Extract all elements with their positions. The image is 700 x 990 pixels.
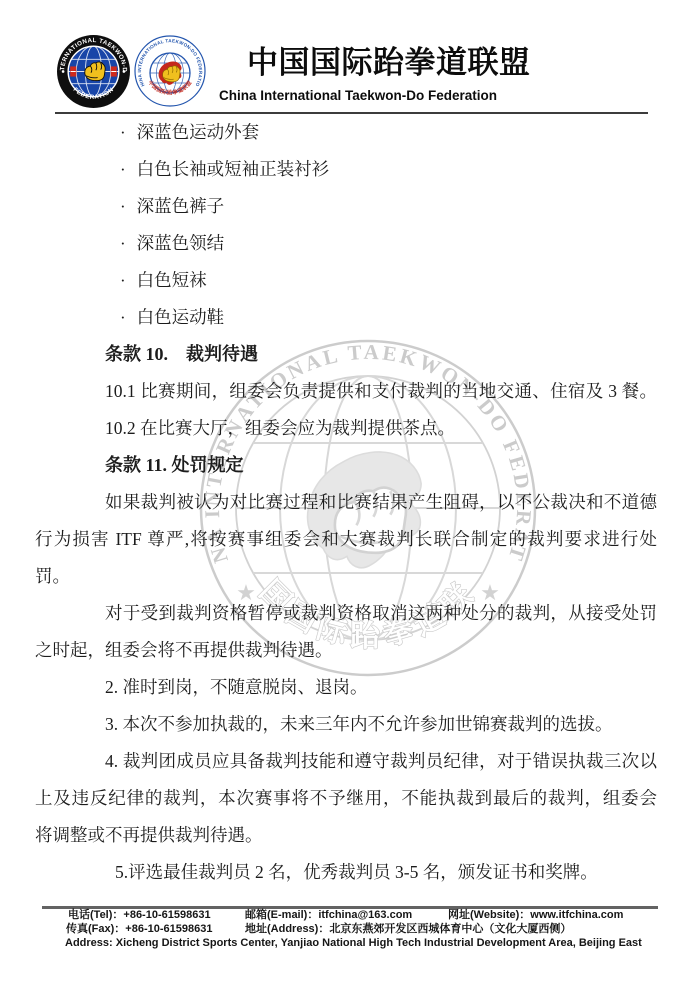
document-page: { "colors": { "logo_blue": "#1d4ea8", "l… <box>0 0 700 990</box>
list-item: ·深蓝色运动外套 <box>0 114 700 151</box>
footer-address-cn: 地址(Address)：北京东燕郊开发区西城体育中心（文化大厦西侧） <box>245 923 571 936</box>
footer-divider <box>42 906 658 909</box>
paragraph-line: 如果裁判被认为对比赛过程和比赛结果产生阻碍，以不公裁决和不道德 <box>0 484 700 521</box>
bullet-icon: · <box>120 225 126 262</box>
paragraph-line: 之时起，组委会将不再提供裁判待遇。 <box>0 632 700 669</box>
list-item: ·深蓝色裤子 <box>0 188 700 225</box>
clause-10-2: 10.2 在比赛大厅，组委会应为裁判提供茶点。 <box>0 410 700 447</box>
list-item-text: 深蓝色运动外套 <box>137 122 260 142</box>
document-body: ·深蓝色运动外套 ·白色长袖或短袖正装衬衫 ·深蓝色裤子 ·深蓝色领结 ·白色短… <box>0 114 700 891</box>
list-item: ·白色长袖或短袖正装衬衫 <box>0 151 700 188</box>
china-itf-logo-icon: CHINA INTERNATIONAL TAEKWON-DO FEDERATIO… <box>134 35 206 107</box>
list-item-text: 白色短袜 <box>137 270 207 290</box>
paragraph-line: 对于受到裁判资格暂停或裁判资格取消这两种处分的裁判，从接受处罚 <box>0 595 700 632</box>
numbered-item-2: 2. 准时到岗，不随意脱岗、退岗。 <box>0 669 700 706</box>
list-item-text: 深蓝色裤子 <box>137 196 225 216</box>
section-heading-article-10: 条款 10. 裁判待遇 <box>0 336 700 373</box>
page-header: INTERNATIONAL TAEKWON-DO FEDERATION CHIN… <box>0 0 700 118</box>
bullet-icon: · <box>120 114 126 151</box>
paragraph-line: 将调整或不再提供裁判待遇。 <box>0 817 700 854</box>
list-item-text: 白色运动鞋 <box>137 307 225 327</box>
bullet-icon: · <box>120 299 126 336</box>
footer-website: 网址(Website)：www.itfchina.com <box>448 909 623 922</box>
list-item: ·深蓝色领结 <box>0 225 700 262</box>
list-item-text: 白色长袖或短袖正装衬衫 <box>137 159 330 179</box>
itf-federation-logo-icon: INTERNATIONAL TAEKWON-DO FEDERATION <box>56 34 131 109</box>
org-title-english: China International Taekwon-Do Federatio… <box>219 88 679 103</box>
org-title-chinese: 中国国际跆拳道联盟 <box>247 46 667 80</box>
numbered-item-4: 4. 裁判团成员应具备裁判技能和遵守裁判员纪律，对于错误执裁三次以 <box>0 743 700 780</box>
list-item-text: 深蓝色领结 <box>137 233 225 253</box>
paragraph-line: 罚。 <box>0 558 700 595</box>
footer-address-en: Address: Xicheng District Sports Center,… <box>65 937 642 950</box>
clause-10-1: 10.1 比赛期间，组委会负责提供和支付裁判的当地交通、住宿及 3 餐。 <box>0 373 700 410</box>
numbered-item-3: 3. 本次不参加执裁的，未来三年内不允许参加世锦赛裁判的选拔。 <box>0 706 700 743</box>
paragraph-line: 行为损害 ITF 尊严,将按赛事组委会和大赛裁判长联合制定的裁判要求进行处 <box>0 521 700 558</box>
footer-fax: 传真(Fax)：+86-10-61598631 <box>66 923 212 936</box>
bullet-icon: · <box>120 188 126 225</box>
footer-tel: 电话(Tel)：+86-10-61598631 <box>68 909 211 922</box>
footer-email: 邮箱(E-mail)：itfchina@163.com <box>245 909 412 922</box>
section-heading-article-11: 条款 11. 处罚规定 <box>0 447 700 484</box>
list-item: ·白色短袜 <box>0 262 700 299</box>
list-item: ·白色运动鞋 <box>0 299 700 336</box>
bullet-icon: · <box>120 262 126 299</box>
bullet-icon: · <box>120 151 126 188</box>
paragraph-line: 上及违反纪律的裁判，本次赛事将不予继用，不能执裁到最后的裁判，组委会 <box>0 780 700 817</box>
numbered-item-5: 5.评选最佳裁判员 2 名，优秀裁判员 3-5 名，颁发证书和奖牌。 <box>0 854 700 891</box>
